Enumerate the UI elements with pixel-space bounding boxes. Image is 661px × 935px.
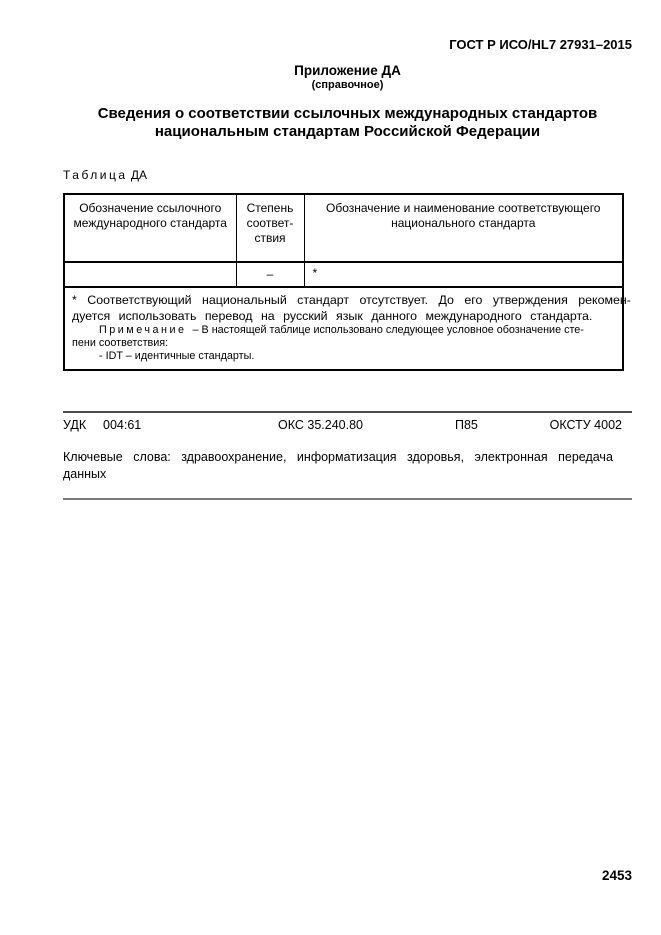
footnote-line-1: * Соответствующий национальный стандарт … [72, 292, 615, 308]
column-header-conformity-degree: Степень соответ-ствия [236, 194, 304, 262]
page-content: ГОСТ Р ИСО/HL7 27931–2015 Приложение ДА … [63, 0, 632, 500]
footnote-line-2: дуется использовать перевод на русский я… [72, 308, 615, 324]
cell-national-standard: * [304, 262, 623, 287]
cell-reference-standard [64, 262, 236, 287]
keywords-line-1: Ключевые слова: здравоохранение, информа… [63, 449, 632, 466]
cell-conformity-degree: – [236, 262, 304, 287]
footnote-note-line-3: - IDT – идентичные стандарты. [72, 350, 615, 363]
footnote-note-line-2: пени соответствия: [72, 337, 615, 350]
udk-value: 004:61 [103, 418, 141, 433]
table-footnote-row: * Соответствующий национальный стандарт … [64, 287, 623, 370]
document-page: ГОСТ Р ИСО/HL7 27931–2015 Приложение ДА … [0, 0, 661, 935]
footnote-note-line-1: Примечание – В настоящей таблице использ… [72, 324, 615, 337]
annex-title: Приложение ДА [63, 63, 632, 78]
table-label-word: Таблица [63, 168, 128, 182]
okstu-code: ОКСТУ 4002 [550, 418, 622, 433]
keywords-line-2: данных [63, 466, 632, 483]
horizontal-rule-top [63, 411, 632, 413]
conformity-table: Обозначение ссылочного международного ст… [63, 193, 624, 371]
table-footnote-cell: * Соответствующий национальный стандарт … [64, 287, 623, 370]
p-code: П85 [455, 418, 478, 433]
table-label-id: ДА [131, 168, 147, 182]
table-row: – * [64, 262, 623, 287]
note-text: – В настоящей таблице использовано следу… [193, 324, 584, 336]
doc-code-header: ГОСТ Р ИСО/HL7 27931–2015 [63, 38, 632, 52]
table-label: Таблица ДА [63, 168, 632, 182]
page-title: Сведения о соответствии ссылочных междун… [75, 105, 620, 141]
column-header-national-standard: Обозначение и наименование соответствующ… [304, 194, 623, 262]
oks-code: ОКС 35.240.80 [278, 418, 363, 433]
column-header-reference-standard: Обозначение ссылочного международного ст… [64, 194, 236, 262]
annex-subtitle: (справочное) [63, 79, 632, 92]
table-header-row: Обозначение ссылочного международного ст… [64, 194, 623, 262]
horizontal-rule-bottom [63, 498, 632, 500]
keywords-paragraph: Ключевые слова: здравоохранение, информа… [63, 449, 632, 483]
udk-label: УДК [63, 418, 86, 433]
note-label: Примечание [99, 324, 187, 336]
page-number: 2453 [602, 868, 632, 883]
classification-row: УДК 004:61 ОКС 35.240.80 П85 ОКСТУ 4002 [63, 418, 632, 433]
